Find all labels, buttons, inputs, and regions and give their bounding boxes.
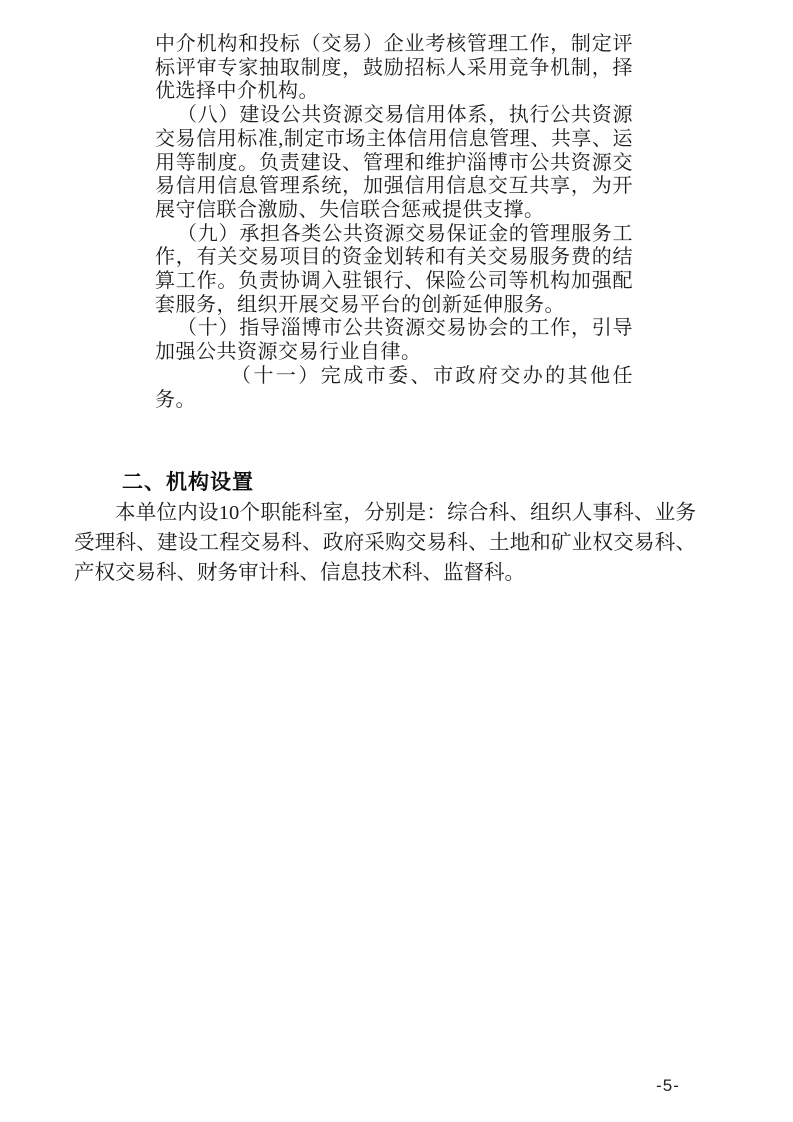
paragraph-continuation: 中介机构和投标（交易）企业考核管理工作，制定评标评审专家抽取制度，鼓励招标人采用… (155, 33, 633, 104)
paragraph-item-10: （十）指导淄博市公共资源交易协会的工作，引导加强公共资源交易行业自律。 (155, 317, 633, 364)
duties-text-block: 中介机构和投标（交易）企业考核管理工作，制定评标评审专家抽取制度，鼓励招标人采用… (155, 33, 633, 412)
section-2-block: 二、机构设置 本单位内设10个职能科室，分别是：综合科、组织人事科、业务受理科、… (74, 468, 696, 588)
paragraph-item-8: （八）建设公共资源交易信用体系，执行公共资源交易信用标准,制定市场主体信用信息管… (155, 104, 633, 223)
paragraph-item-11: （十一）完成市委、市政府交办的其他任务。 (155, 365, 633, 412)
document-page: 中介机构和投标（交易）企业考核管理工作，制定评标评审专家抽取制度，鼓励招标人采用… (0, 0, 793, 1122)
paragraph-item-9: （九）承担各类公共资源交易保证金的管理服务工作，有关交易项目的资金划转和有关交易… (155, 223, 633, 318)
page-number: -5- (638, 1076, 698, 1096)
section-heading: 二、机构设置 (74, 468, 696, 498)
section-paragraph: 本单位内设10个职能科室，分别是：综合科、组织人事科、业务受理科、建设工程交易科… (74, 498, 696, 588)
